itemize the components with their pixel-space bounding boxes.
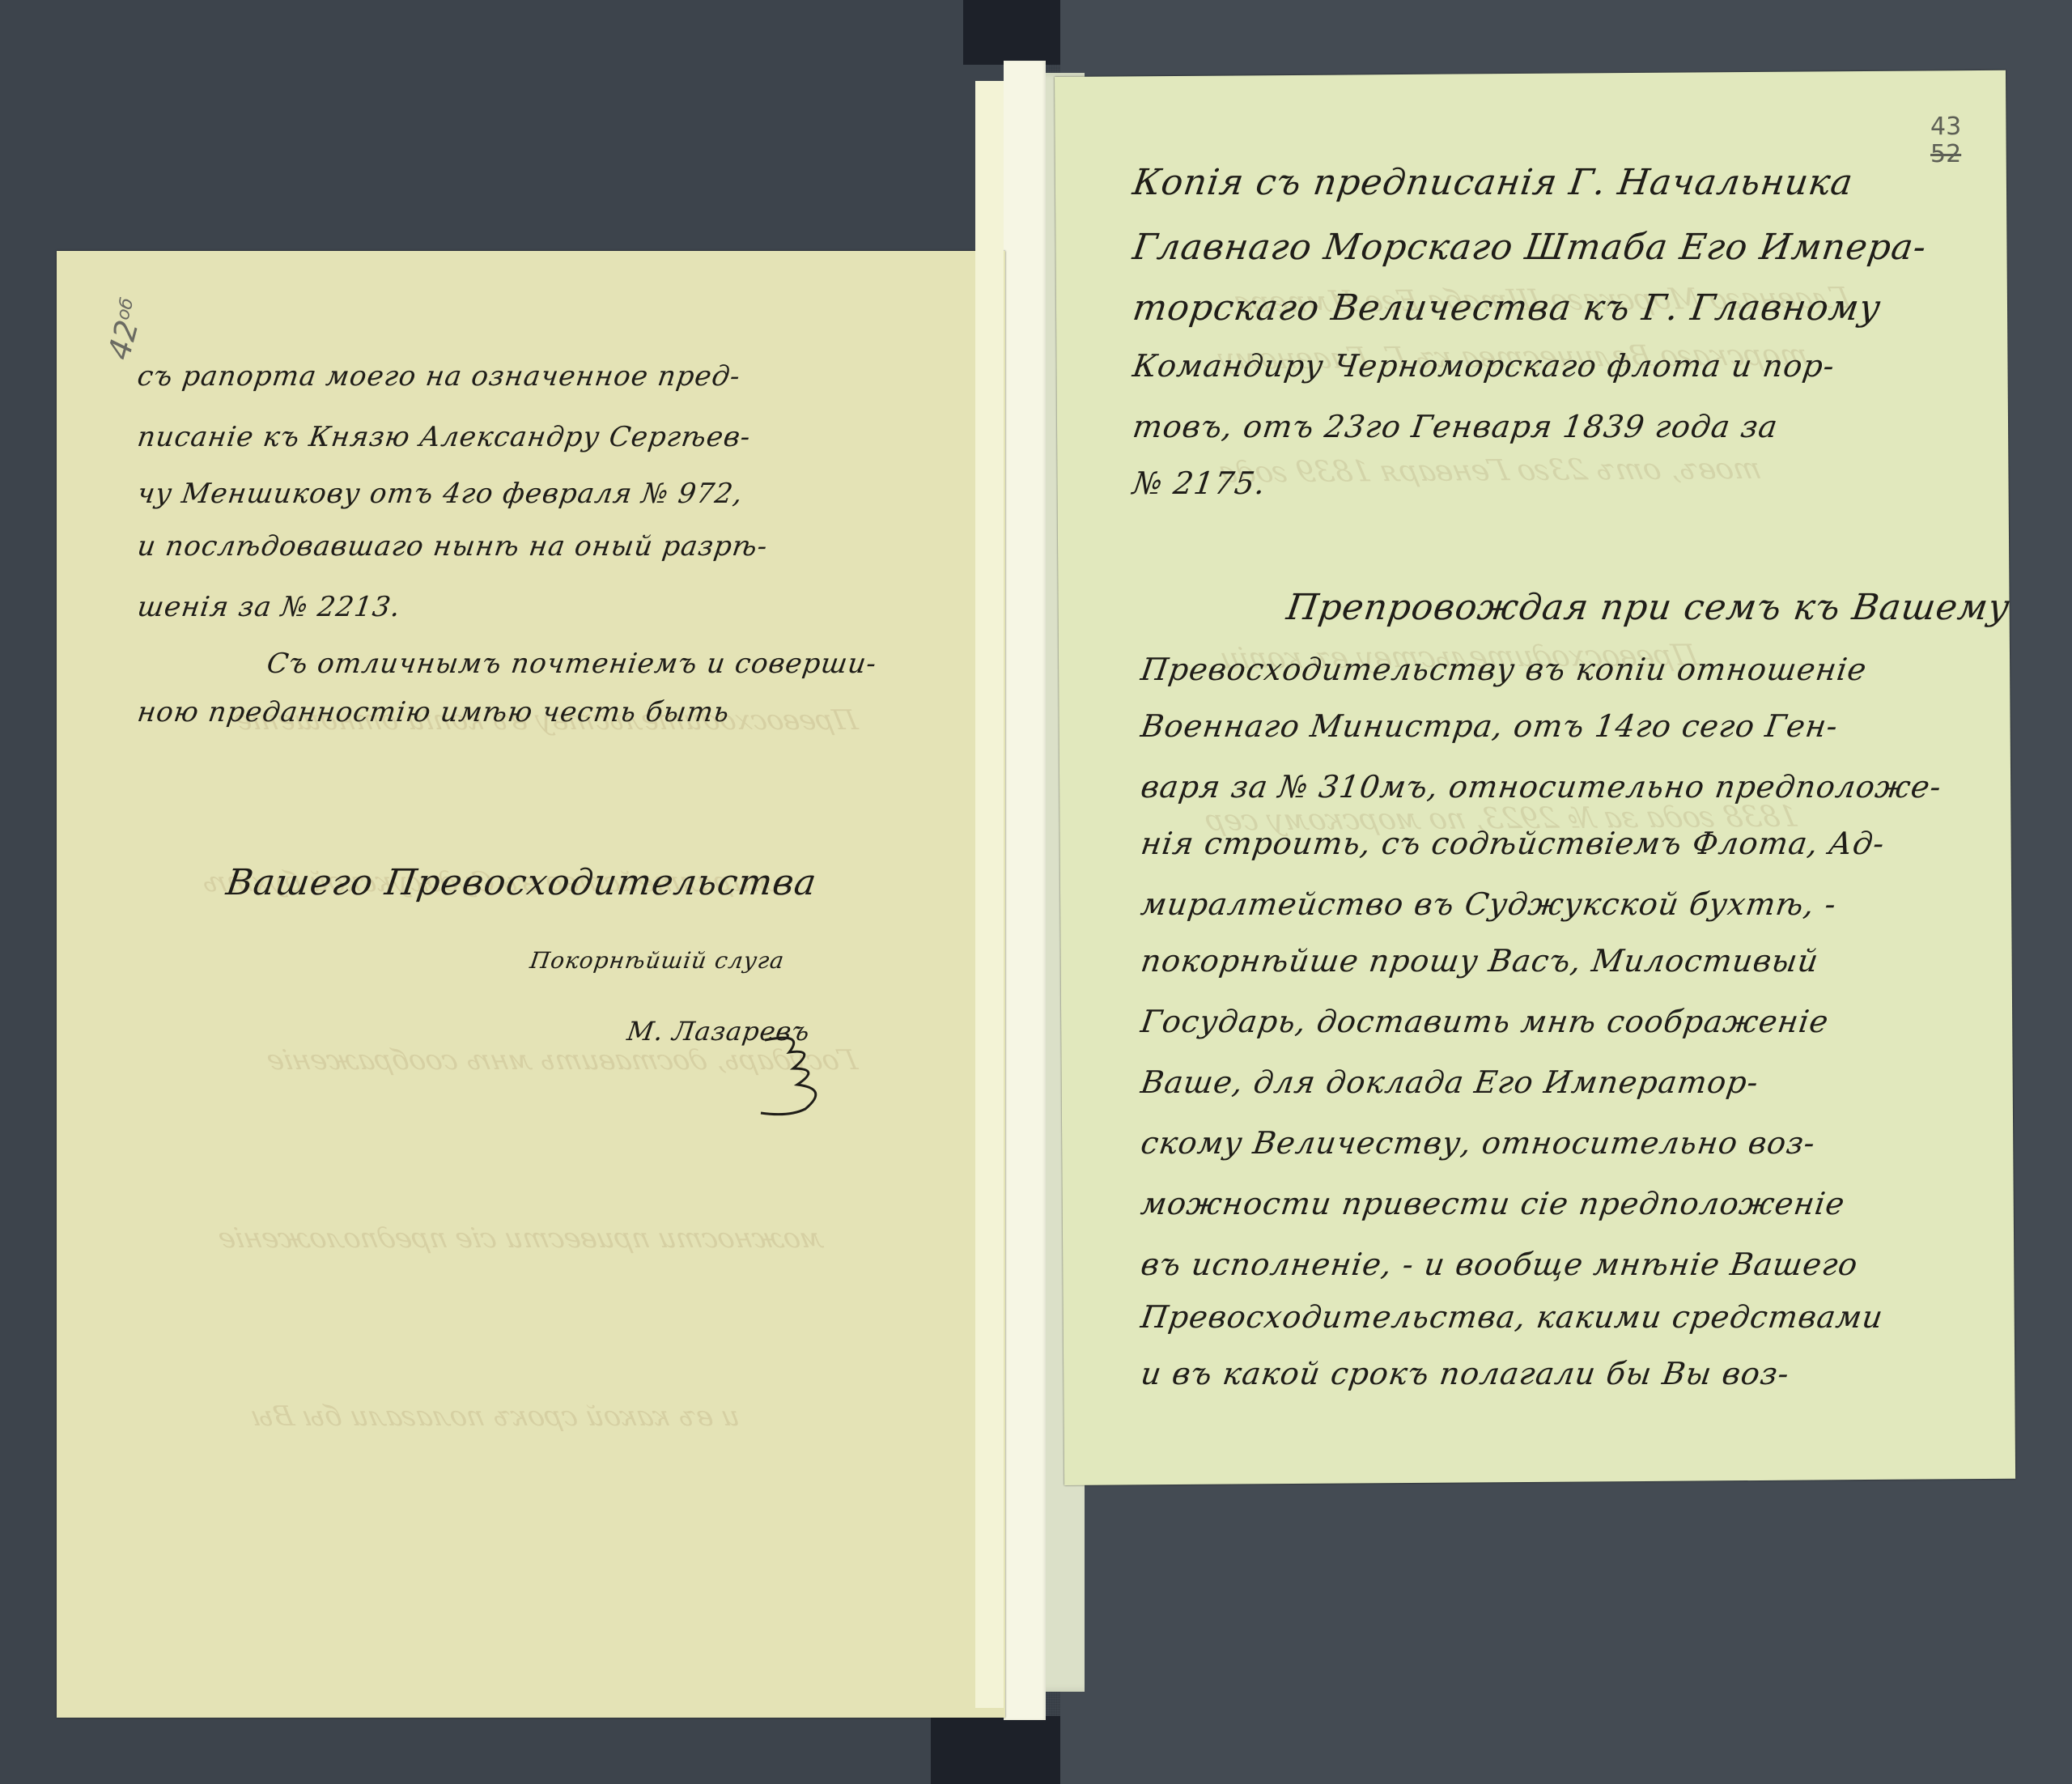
left-text-line: писаніе къ Князю Александру Сергѣев-	[135, 421, 753, 453]
body-line: скому Величеству, относительно воз-	[1139, 1125, 1818, 1161]
body-line: нія строить, съ содѣйствіемъ Флота, Ад-	[1139, 826, 1887, 861]
heading-line: Главнаго Морскаго Штаба Его Импера-	[1130, 227, 1929, 268]
body-line: и въ какой срокъ полагали бы Вы воз-	[1139, 1356, 1792, 1391]
heading-line: Командиру Черноморскаго флота и пор-	[1131, 348, 1837, 384]
servant-line: Покорнѣйшій слуга	[529, 947, 787, 974]
body-line: Государь, доставить мнѣ соображеніе	[1139, 1004, 1831, 1039]
spine-paper-strip	[1004, 61, 1046, 1720]
left-text-line: чу Меншикову отъ 4го февраля № 972,	[135, 478, 745, 510]
body-line: миралтейство въ Суджукской бухтѣ, -	[1139, 886, 1839, 922]
left-text-line: ною преданностію имѣю честь быть	[135, 696, 732, 728]
heading-line: торскаго Величества къ Г. Главному	[1130, 287, 1883, 329]
binding-gap-top	[963, 0, 1060, 65]
body-line: Препровождая при семъ къ Вашему	[1284, 587, 2012, 628]
body-line: покорнѣйше прошу Васъ, Милостивый	[1139, 943, 1821, 979]
body-line: варя за № 310мъ, относительно предположе…	[1139, 769, 1944, 805]
left-text-line: и послѣдовавшаго нынѣ на оный разрѣ-	[135, 530, 770, 563]
body-line: Превосходительства, какими средствами	[1139, 1299, 1886, 1335]
body-line: можности привести сіе предположеніе	[1139, 1186, 1847, 1221]
body-line: Военнаго Министра, отъ 14го сего Ген-	[1139, 708, 1841, 744]
heading-line: товъ, отъ 23го Генваря 1839 года за	[1131, 409, 1781, 444]
body-line: Ваше, для доклада Его Император-	[1139, 1064, 1761, 1100]
heading-line: № 2175.	[1131, 465, 1268, 501]
body-line: въ исполненіе, - и вообще мнѣніе Вашего	[1139, 1247, 1860, 1282]
body-line: Превосходительству въ копіи отношеніе	[1139, 652, 1869, 687]
left-page-gutter-edge	[975, 81, 1004, 1708]
left-text-line: шенія за № 2213.	[135, 591, 402, 623]
folio-number-right: 43 52	[1930, 113, 1961, 168]
bleed-through-text: можности привести сіе предположеніе	[215, 1222, 826, 1255]
binding-gap-bottom	[931, 1716, 1060, 1784]
closing-salutation: Вашего Превосходительства	[223, 862, 819, 903]
bleed-through-text: товъ, отъ 23го Генваря 1839 года	[1216, 452, 1764, 490]
left-text-line: съ рапорта моего на означенное пред-	[135, 360, 742, 393]
bleed-through-text: и въ какой срокъ полагали бы Вы	[248, 1400, 743, 1433]
signature-flourish-icon	[757, 1032, 830, 1121]
heading-line: Копія съ предписанія Г. Начальника	[1130, 162, 1855, 203]
left-text-line: Съ отличнымъ почтеніемъ и соверши-	[265, 648, 879, 680]
left-page: Превосходительству въ копіи отношеніе ми…	[57, 251, 1005, 1718]
